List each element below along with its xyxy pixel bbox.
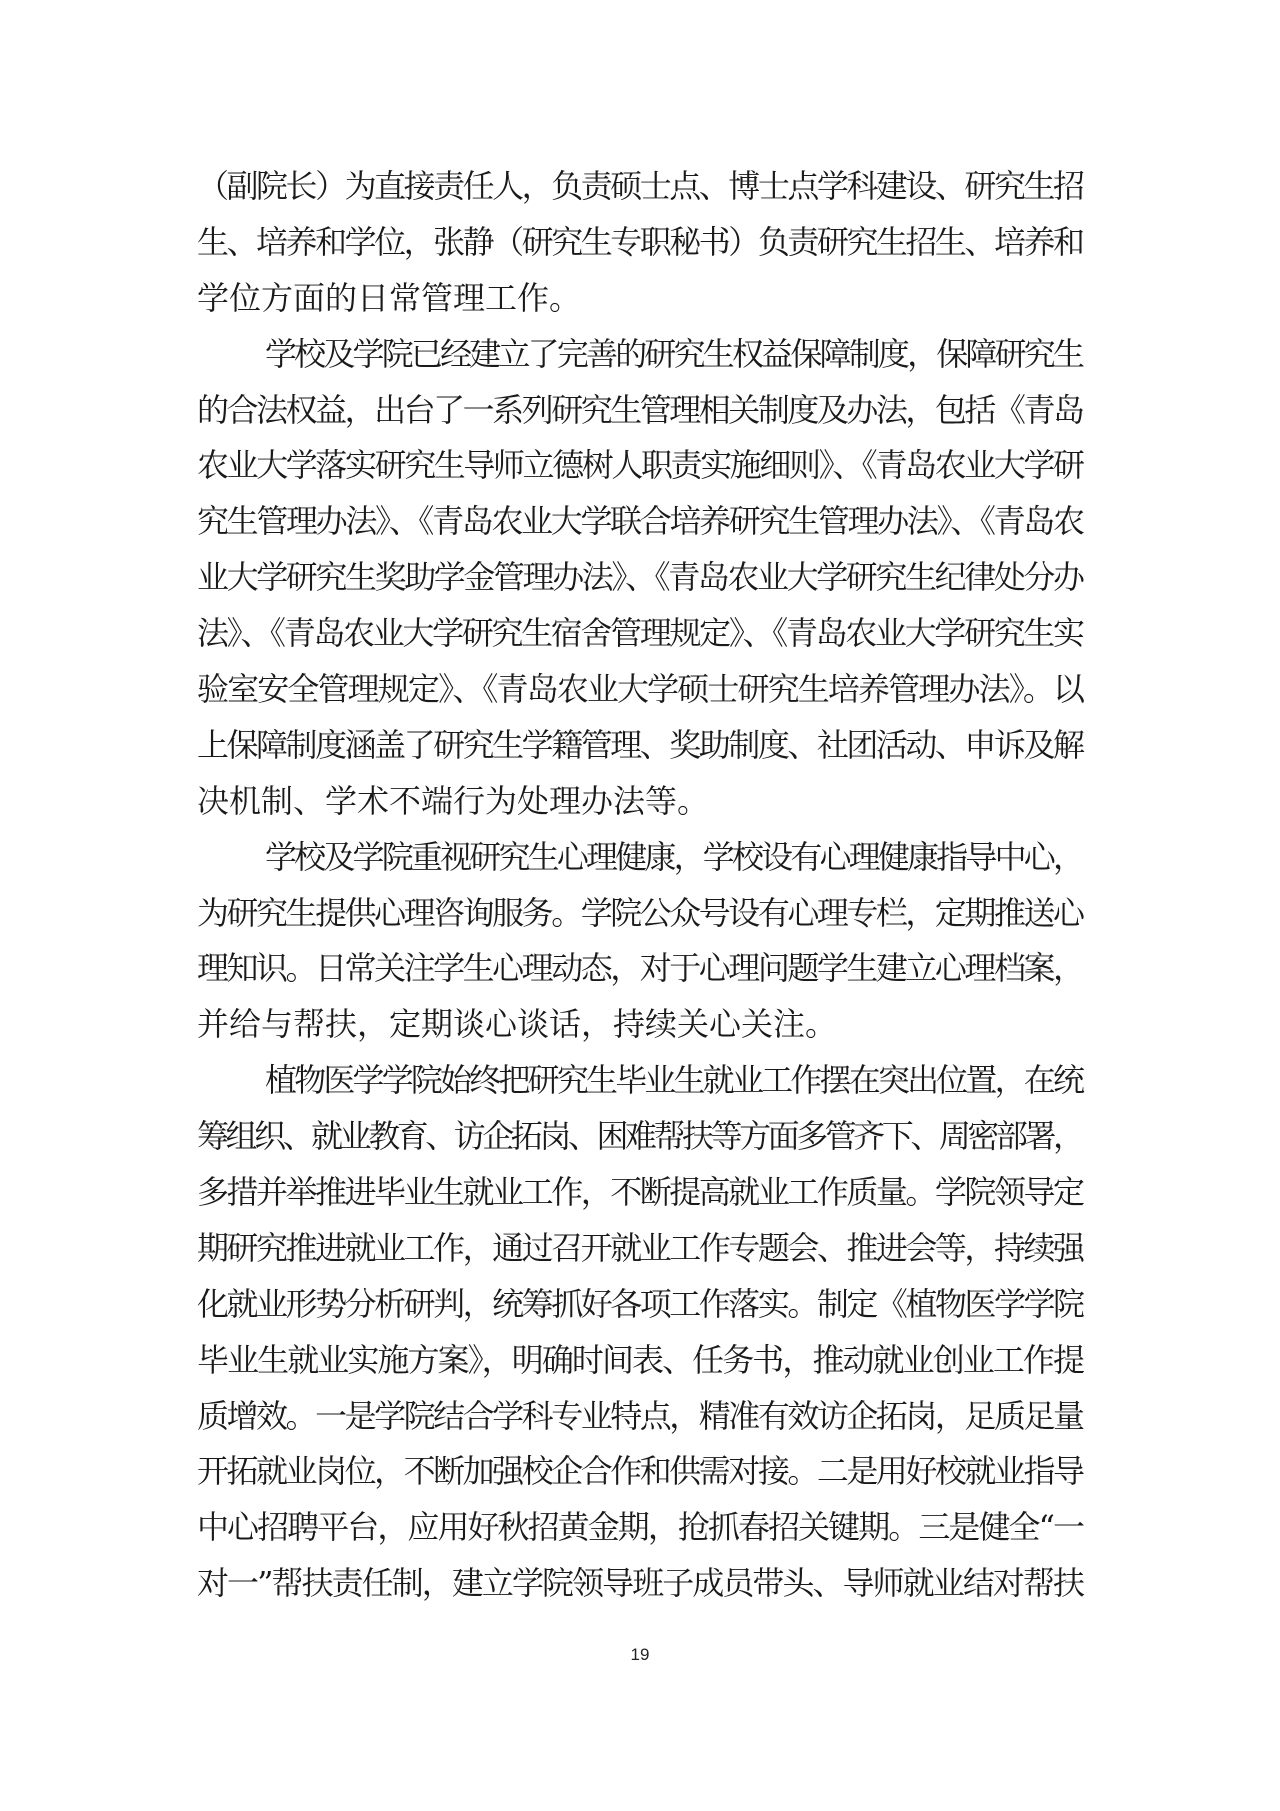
text-line: 期研究推进就业工作，通过召开就业工作专题会、推进会等，持续强 (197, 1226, 1085, 1282)
paragraph-first-line: 学校及学院重视研究生心理健康，学校设有心理健康指导中心， (197, 835, 1085, 891)
text-line: 生、培养和学位，张静（研究生专职秘书）负责研究生招生、培养和 (197, 220, 1085, 276)
text-line: 并给与帮扶，定期谈心谈话，持续关心关注。 (197, 1002, 1085, 1058)
text-line: 质增效。一是学院结合学科专业特点，精准有效访企拓岗，足质足量 (197, 1394, 1085, 1450)
text-line: 开拓就业岗位，不断加强校企合作和供需对接。二是用好校就业指导 (197, 1449, 1085, 1505)
text-line: 农业大学落实研究生导师立德树人职责实施细则》、《青岛农业大学研 (197, 443, 1085, 499)
page-number: 19 (600, 1645, 680, 1665)
text-line: 法》、《青岛农业大学研究生宿舍管理规定》、《青岛农业大学研究生实 (197, 611, 1085, 667)
text-line: 中心招聘平台，应用好秋招黄金期，抢抓春招关键期。三是健全“一 (197, 1505, 1085, 1561)
text-line: 筹组织、就业教育、访企拓岗、困难帮扶等方面多管齐下、周密部署， (197, 1114, 1085, 1170)
body-text: （副院长）为直接责任人，负责硕士点、博士点学科建设、研究生招 生、培养和学位，张… (197, 164, 1085, 1617)
text-line: 学位方面的日常管理工作。 (197, 276, 1085, 332)
text-line: 多措并举推进毕业生就业工作，不断提高就业工作质量。学院领导定 (197, 1170, 1085, 1226)
text-line: 验室安全管理规定》、《青岛农业大学硕士研究生培养管理办法》。以 (197, 667, 1085, 723)
text-line: 对一”帮扶责任制，建立学院领导班子成员带头、导师就业结对帮扶 (197, 1561, 1085, 1617)
text-line: 上保障制度涵盖了研究生学籍管理、奖助制度、社团活动、申诉及解 (197, 723, 1085, 779)
text-line: （副院长）为直接责任人，负责硕士点、博士点学科建设、研究生招 (197, 164, 1085, 220)
paragraph-first-line: 学校及学院已经建立了完善的研究生权益保障制度，保障研究生 (197, 332, 1085, 388)
text-line: 理知识。日常关注学生心理动态，对于心理问题学生建立心理档案， (197, 946, 1085, 1002)
document-page: （副院长）为直接责任人，负责硕士点、博士点学科建设、研究生招 生、培养和学位，张… (0, 0, 1280, 1811)
paragraph-first-line: 植物医学学院始终把研究生毕业生就业工作摆在突出位置，在统 (197, 1058, 1085, 1114)
text-line: 毕业生就业实施方案》，明确时间表、任务书，推动就业创业工作提 (197, 1338, 1085, 1394)
text-line: 业大学研究生奖助学金管理办法》、《青岛农业大学研究生纪律处分办 (197, 555, 1085, 611)
text-line: 化就业形势分析研判，统筹抓好各项工作落实。制定《植物医学学院 (197, 1282, 1085, 1338)
text-line: 究生管理办法》、《青岛农业大学联合培养研究生管理办法》、《青岛农 (197, 499, 1085, 555)
text-line: 为研究生提供心理咨询服务。学院公众号设有心理专栏，定期推送心 (197, 891, 1085, 947)
text-line: 的合法权益，出台了一系列研究生管理相关制度及办法，包括《青岛 (197, 388, 1085, 444)
text-line: 决机制、学术不端行为处理办法等。 (197, 779, 1085, 835)
